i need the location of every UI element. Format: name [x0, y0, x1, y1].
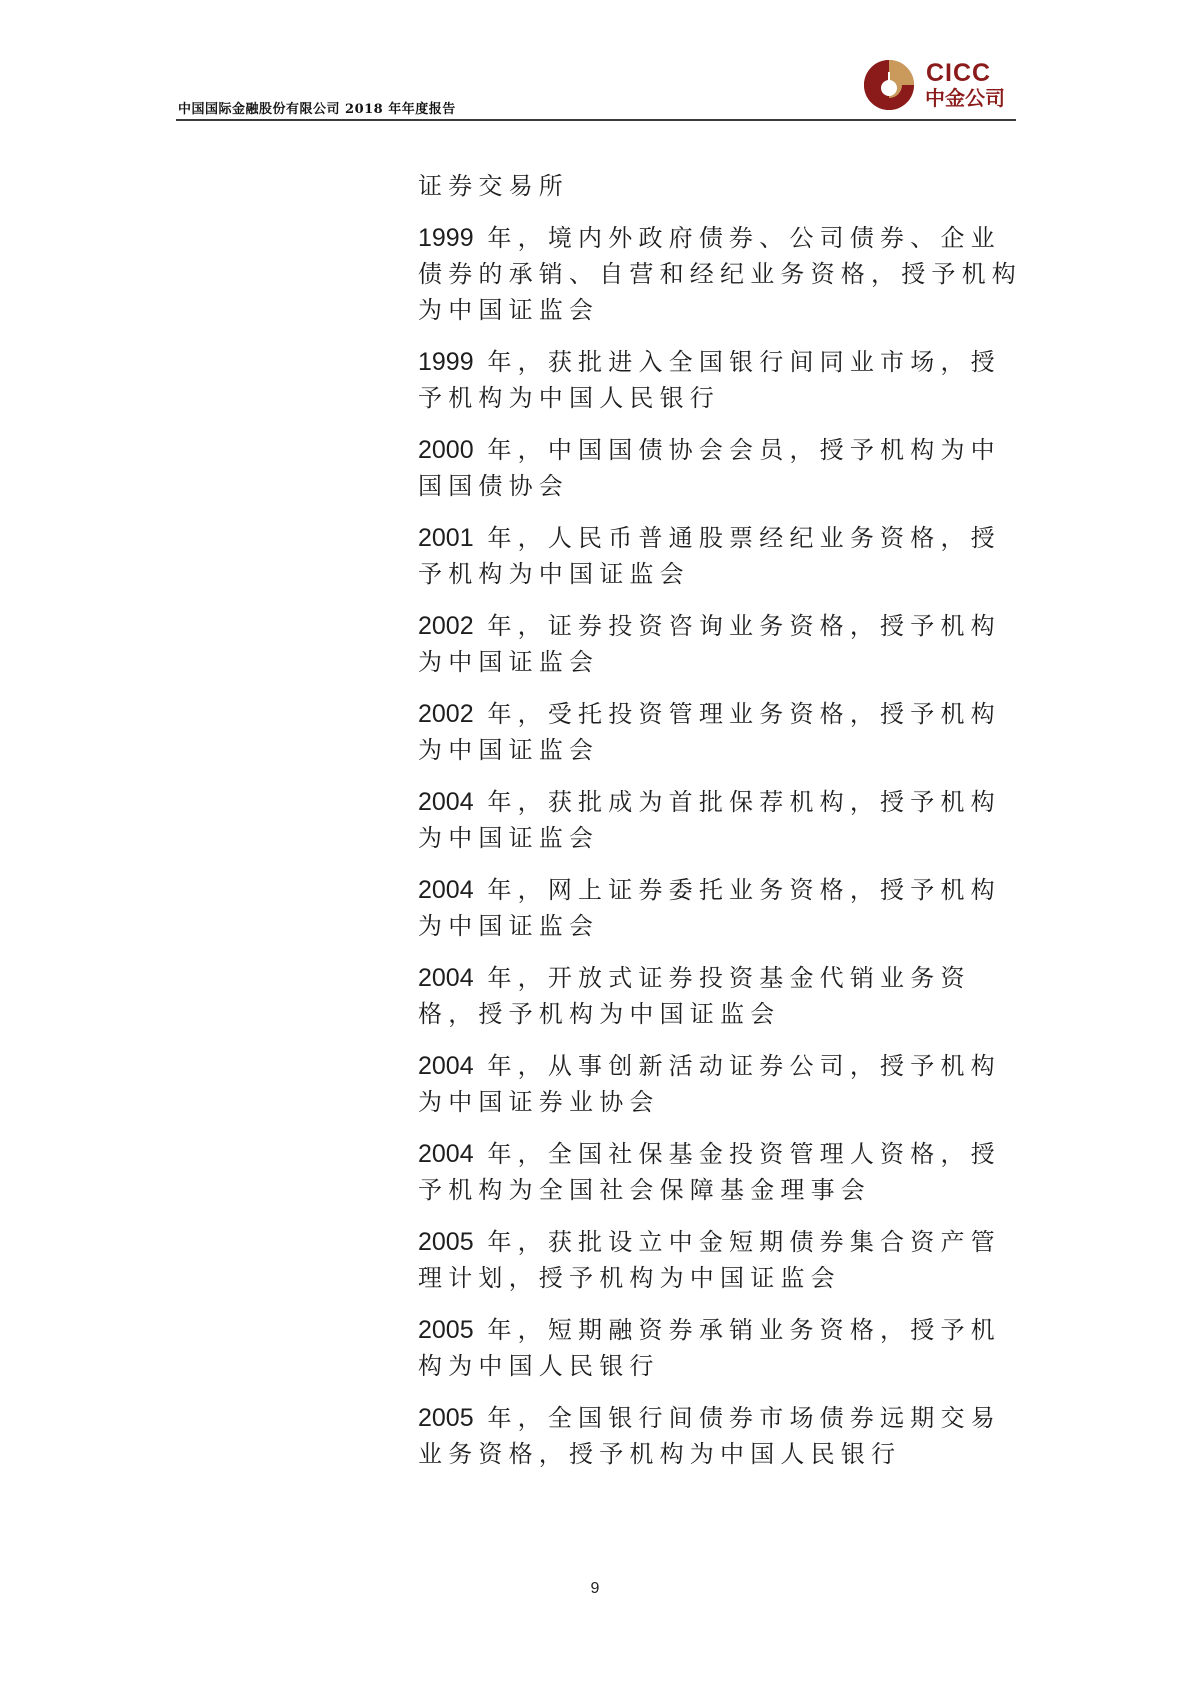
list-item: 2005 年，短期融资券承销业务资格，授予机构为中国人民银行 — [418, 1312, 1028, 1384]
list-item: 2004 年，网上证券委托业务资格，授予机构为中国证监会 — [418, 872, 1028, 944]
list-item: 2005 年，获批设立中金短期债券集合资产管理计划，授予机构为中国证监会 — [418, 1224, 1028, 1296]
logo-text-cn: 中金公司 — [925, 86, 1005, 110]
continuation-text: 证券交易所 — [418, 168, 1028, 204]
list-item: 1999 年，境内外政府债券、公司债券、企业债券的承销、自营和经纪业务资格，授予… — [418, 220, 1028, 328]
list-item: 2001 年，人民币普通股票经纪业务资格，授予机构为中国证监会 — [418, 520, 1028, 592]
list-item: 2002 年，受托投资管理业务资格，授予机构为中国证监会 — [418, 696, 1028, 768]
cicc-logo-mark-icon — [862, 58, 916, 112]
list-item: 2002 年，证券投资咨询业务资格，授予机构为中国证监会 — [418, 608, 1028, 680]
list-item: 2004 年，开放式证券投资基金代销业务资格，授予机构为中国证监会 — [418, 960, 1028, 1032]
list-item: 1999 年，获批进入全国银行间同业市场，授予机构为中国人民银行 — [418, 344, 1028, 416]
logo-text-en: CICC — [926, 60, 991, 86]
list-item: 2000 年，中国国债协会会员，授予机构为中国国债协会 — [418, 432, 1028, 504]
cicc-logo: CICC 中金公司 — [862, 58, 1022, 116]
list-item: 2005 年，全国银行间债券市场债券远期交易业务资格，授予机构为中国人民银行 — [418, 1400, 1028, 1472]
list-item: 2004 年，全国社保基金投资管理人资格，授予机构为全国社会保障基金理事会 — [418, 1136, 1028, 1208]
report-header-title: 中国国际金融股份有限公司 2018 年年度报告 — [178, 98, 456, 117]
page-number: 9 — [0, 1580, 1190, 1598]
list-item: 2004 年，从事创新活动证券公司，授予机构为中国证券业协会 — [418, 1048, 1028, 1120]
list-item: 2004 年，获批成为首批保荐机构，授予机构为中国证监会 — [418, 784, 1028, 856]
header-divider — [176, 119, 1016, 121]
qualifications-list: 证券交易所 1999 年，境内外政府债券、公司债券、企业债券的承销、自营和经纪业… — [418, 168, 1028, 1488]
